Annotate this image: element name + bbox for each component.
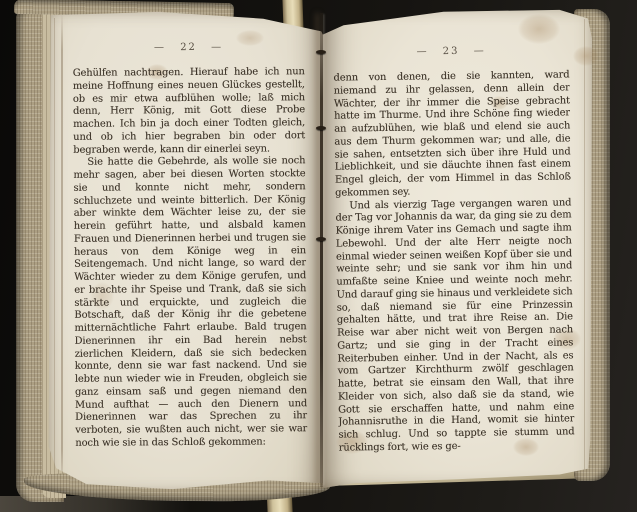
left-page-text: — 22 — Gehülfen nachtragen. Hierauf habe…	[73, 41, 308, 471]
binding-thread-knot	[316, 237, 326, 241]
binding-thread-knot	[316, 126, 326, 130]
paragraph: Sie hatte die Gebehrde, als wolle sie no…	[73, 155, 307, 450]
right-page-text: — 23 — denn von denen, die sie kannten, …	[333, 44, 575, 467]
paragraph: denn von denen, die sie kannten, ward ni…	[333, 69, 571, 200]
page-number-left: — 22 —	[73, 41, 305, 55]
page-number-right: — 23 —	[333, 44, 569, 59]
paragraph: Und als vierzig Tage vergangen waren und…	[335, 197, 575, 455]
paragraph: Gehülfen nachtragen. Hierauf habe ich nu…	[73, 66, 306, 157]
open-book: — 22 — Gehülfen nachtragen. Hierauf habe…	[0, 0, 637, 512]
binding-thread-knot	[316, 50, 326, 54]
book-gutter	[320, 13, 323, 487]
open-book-photo: — 22 — Gehülfen nachtragen. Hierauf habe…	[0, 0, 637, 512]
